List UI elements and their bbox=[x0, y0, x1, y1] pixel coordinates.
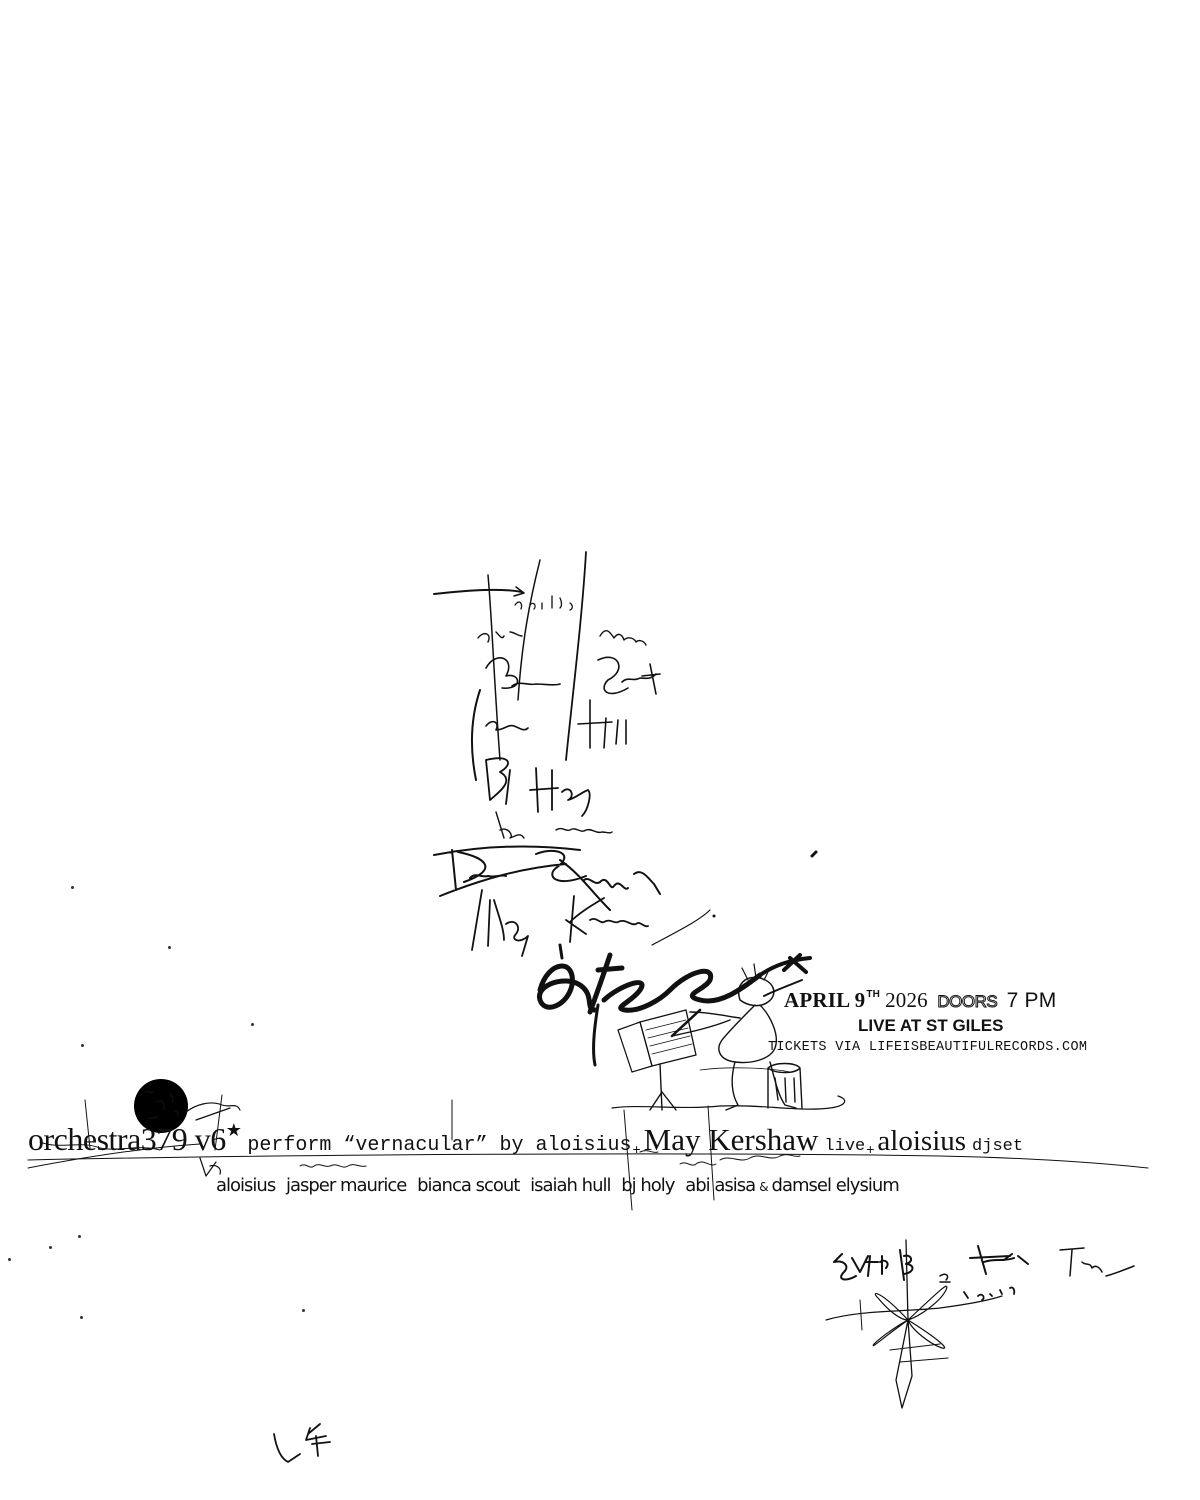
plus-separator: + bbox=[866, 1141, 874, 1157]
script-logo-and-violinist-illustration bbox=[0, 0, 1200, 1500]
perform-text: perform “vernacular” by aloisius bbox=[247, 1134, 631, 1157]
lineup-name: aloisius bbox=[216, 1175, 275, 1196]
artist-may-kershaw: May Kershaw bbox=[644, 1122, 819, 1158]
venue-label: LIVE AT ST GILES bbox=[858, 1016, 1003, 1036]
plus-separator: + bbox=[632, 1141, 640, 1157]
bottom-left-initials-scrawl bbox=[0, 0, 1200, 1500]
ensemble-name: orchestra379 v6★ bbox=[28, 1120, 241, 1158]
ampersand: & bbox=[759, 1180, 767, 1194]
lineup-name: bj holy bbox=[621, 1175, 674, 1196]
artist-tag-djset: djset bbox=[972, 1137, 1023, 1156]
life-is-beautiful-scrawl bbox=[0, 0, 1200, 1500]
ensemble-name-text: orchestra379 v6 bbox=[28, 1121, 226, 1157]
event-date-line: APRIL 9TH2026 DOORS 7 PM bbox=[784, 988, 1056, 1013]
artist-tag-live: live bbox=[824, 1137, 865, 1156]
handwritten-lineup-signatures bbox=[0, 0, 1200, 1500]
doors-time: 7 PM bbox=[1007, 989, 1057, 1012]
doors-label: DOORS bbox=[937, 992, 997, 1011]
lineup-name: isaiah hull bbox=[530, 1175, 610, 1196]
performer-lineup: aloisius jasper maurice bianca scout isa… bbox=[216, 1175, 899, 1196]
event-date: APRIL 9 bbox=[784, 988, 865, 1012]
event-date-suffix: TH bbox=[866, 989, 880, 1000]
lineup-name: bianca scout bbox=[417, 1175, 519, 1196]
event-year: 2026 bbox=[885, 988, 928, 1012]
star-icon: ★ bbox=[226, 1120, 242, 1140]
round-stamp-and-scribbles bbox=[0, 0, 1200, 1500]
lineup-name: damsel elysium bbox=[772, 1175, 899, 1196]
lineup-name: abi asisa bbox=[685, 1175, 755, 1196]
tickets-link[interactable]: TICKETS VIA LIFEISBEAUTIFULRECORDS.COM bbox=[768, 1040, 1087, 1055]
artist-aloisius: aloisius bbox=[877, 1125, 966, 1158]
headline-row: orchestra379 v6★ perform “vernacular” by… bbox=[28, 1120, 1023, 1158]
lineup-name: jasper maurice bbox=[286, 1175, 406, 1196]
